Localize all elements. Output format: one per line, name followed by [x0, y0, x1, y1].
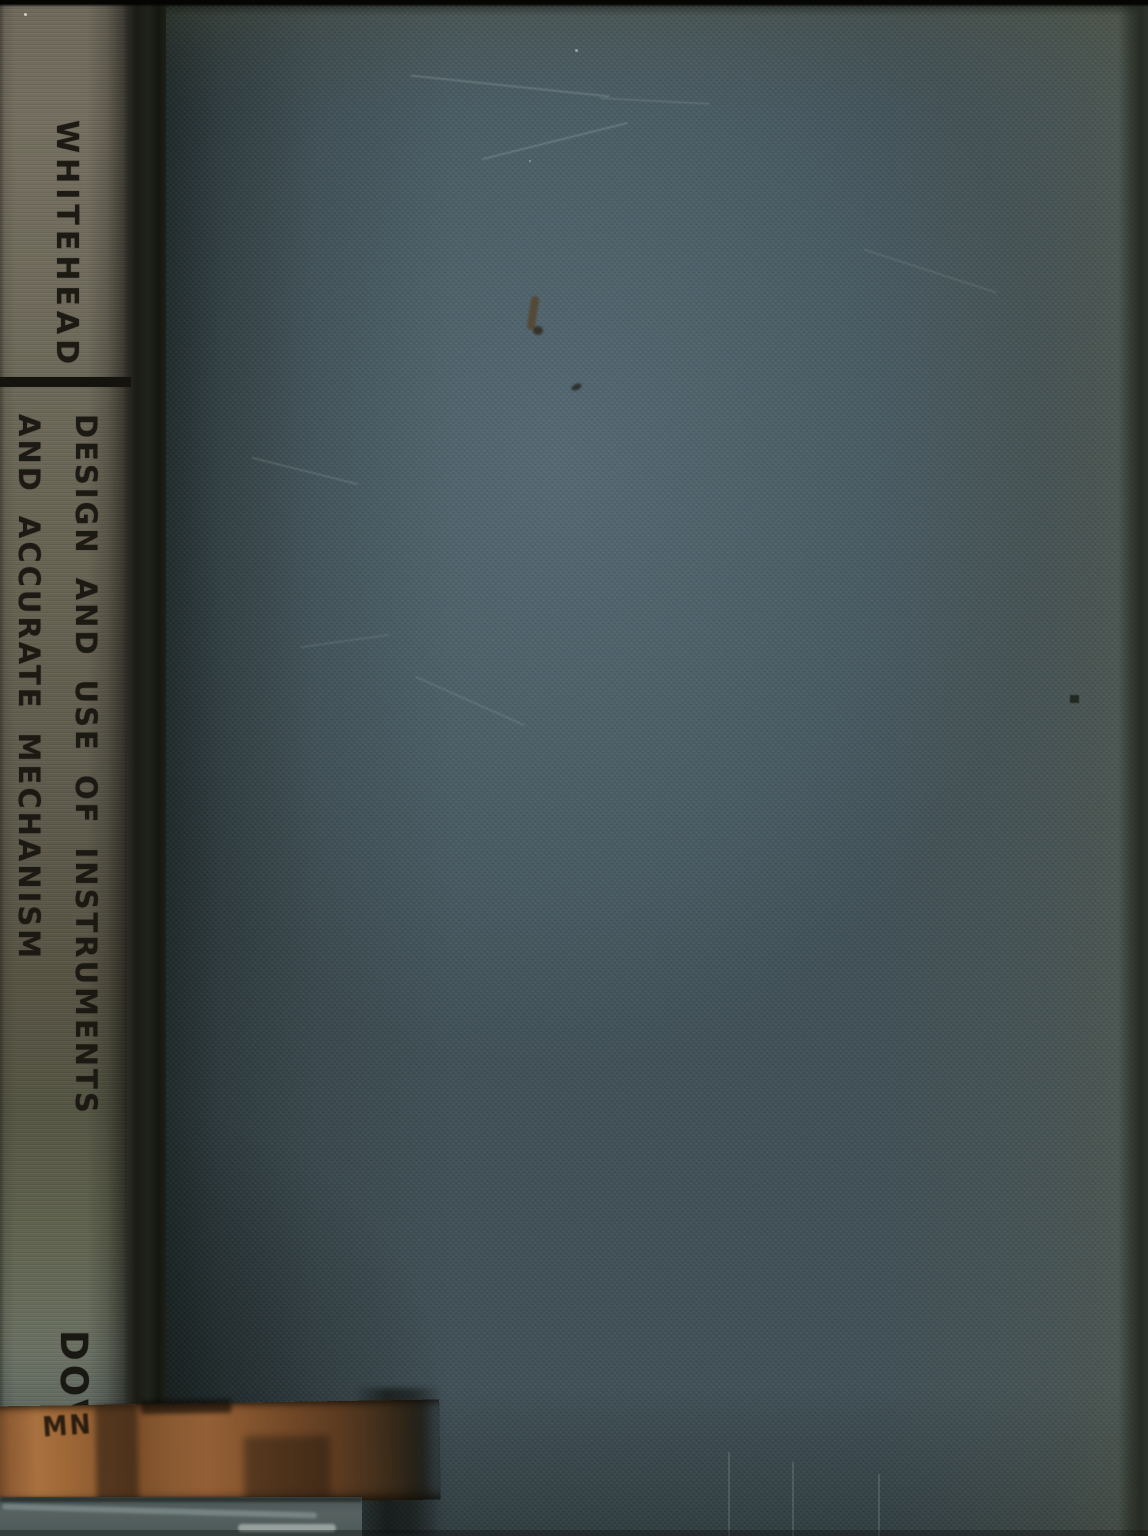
front-cover [166, 0, 1148, 1536]
cloth-crease [878, 1474, 880, 1536]
spine-hinge-groove [127, 0, 166, 1536]
spine-divider-rule [0, 377, 131, 387]
dark-fleck [1070, 695, 1079, 703]
book-spine: WHITEHEAD DESIGN AND USE OF INSTRUMENTS … [0, 0, 127, 1536]
book-right-edge-shadow [1118, 0, 1148, 1536]
copper-tape-band: MN [0, 1399, 441, 1506]
photo-bottom-edge [0, 1530, 1148, 1536]
white-speck [529, 160, 531, 162]
photo-top-edge [0, 0, 1148, 7]
foot-dark-streak [0, 1497, 362, 1502]
spine-author-text: WHITEHEAD [49, 120, 84, 369]
foot-light-streak [2, 1504, 317, 1519]
spine-title-line1: DESIGN AND USE OF INSTRUMENTS [69, 414, 103, 1116]
white-speck [24, 13, 27, 16]
band-marking-text: MN [41, 1408, 93, 1444]
cloth-crease [728, 1452, 730, 1536]
cloth-crease [792, 1462, 794, 1536]
book-cover-photo: WHITEHEAD DESIGN AND USE OF INSTRUMENTS … [0, 0, 1148, 1536]
band-smear [244, 1435, 331, 1502]
band-smear [95, 1404, 139, 1505]
spine-title-line2: AND ACCURATE MECHANISM [12, 414, 46, 961]
brown-stain-tip [533, 326, 543, 335]
white-speck [575, 49, 578, 52]
band-smear [141, 1399, 231, 1414]
